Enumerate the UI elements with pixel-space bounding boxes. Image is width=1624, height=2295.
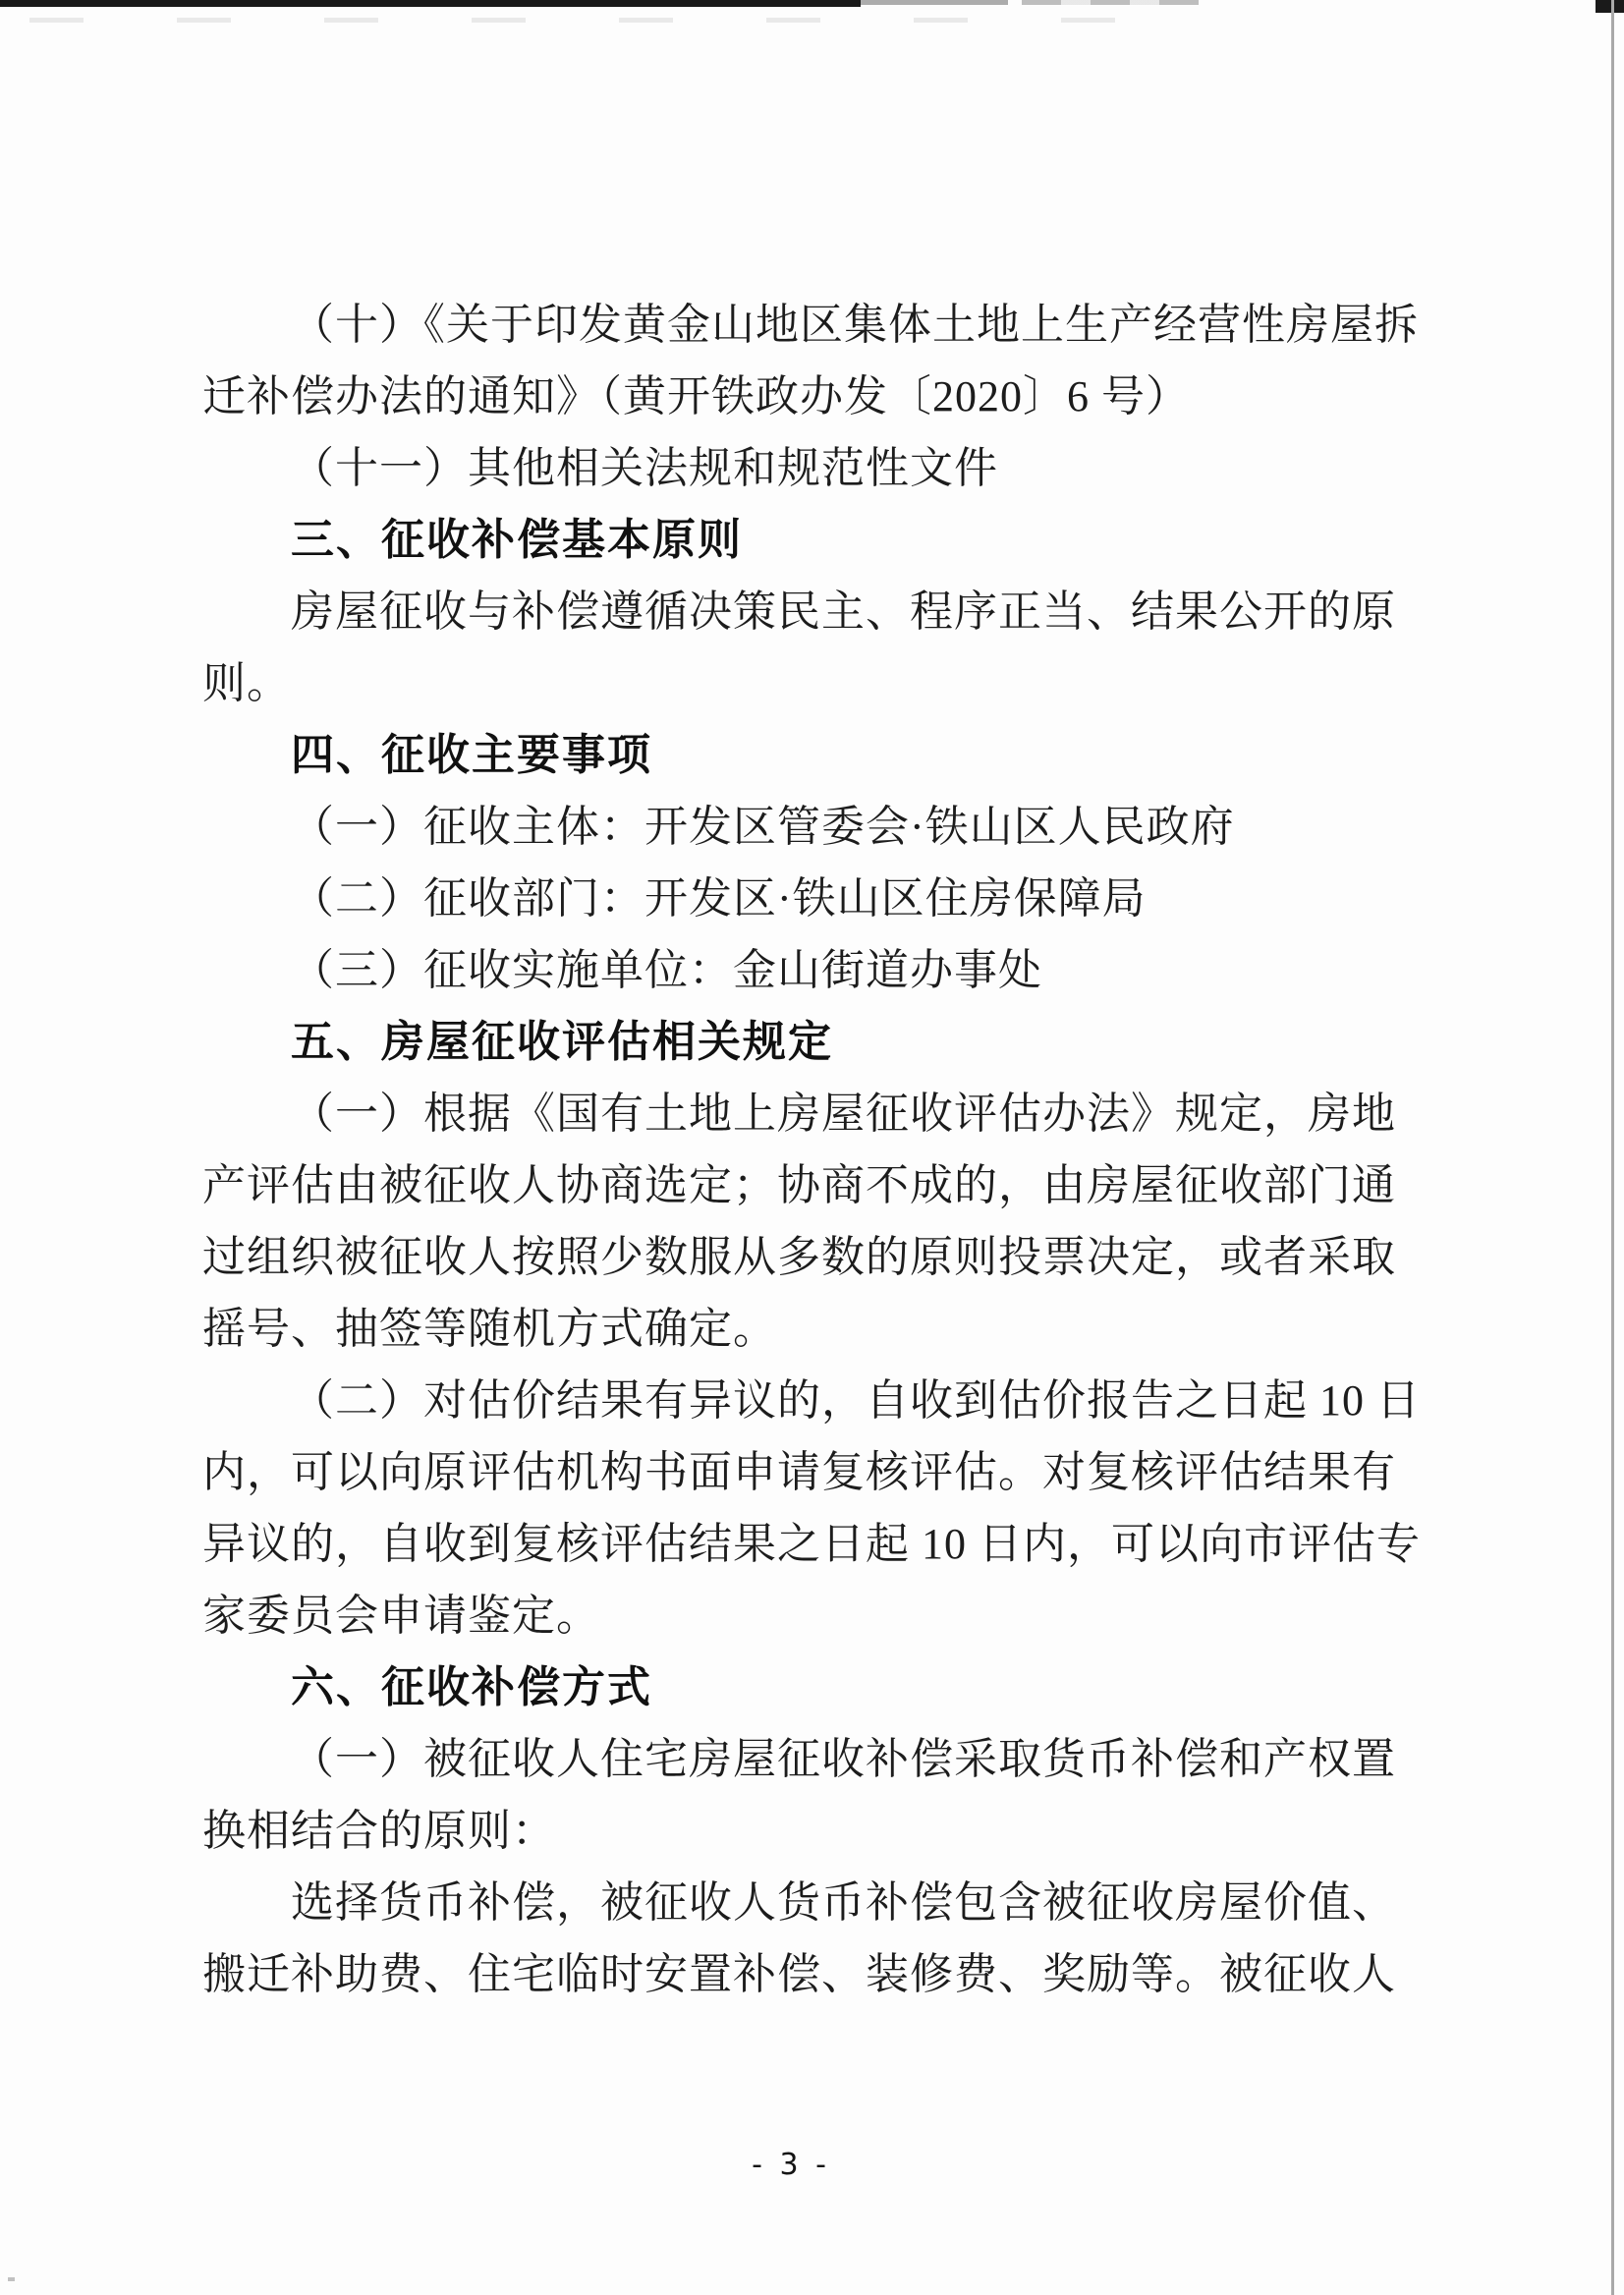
scan-artifact-speck	[8, 2277, 15, 2281]
scan-artifact-ghost-row	[29, 18, 1159, 23]
text-line-15: 摇号、抽签等随机方式确定。	[202, 1293, 1460, 1365]
text-line-5: 房屋征收与补偿遵循决策民主、程序正当、结果公开的原	[202, 576, 1460, 647]
document-body: （十）《关于印发黄金山地区集体土地上生产经营性房屋拆迁补偿办法的通知》（黄开铁政…	[202, 289, 1460, 2010]
text-line-2: 迁补偿办法的通知》（黄开铁政办发〔2020〕6 号）	[202, 361, 1460, 432]
text-line-7: 四、征收主要事项	[202, 719, 1460, 791]
text-line-1: （十）《关于印发黄金山地区集体土地上生产经营性房屋拆	[202, 289, 1460, 361]
text-line-24: 搬迁补助费、住宅临时安置补偿、装修费、奖励等。被征收人	[202, 1938, 1460, 2010]
document-page: （十）《关于印发黄金山地区集体土地上生产经营性房屋拆迁补偿办法的通知》（黄开铁政…	[0, 0, 1624, 2295]
text-line-19: 家委员会申请鉴定。	[202, 1580, 1460, 1651]
text-line-17: 内，可以向原评估机构书面申请复核评估。对复核评估结果有	[202, 1436, 1460, 1508]
scan-artifact-corner-mark	[1596, 0, 1624, 13]
text-line-9: （二）征收部门：开发区·铁山区住房保障局	[202, 863, 1460, 934]
page-number: - 3 -	[0, 2148, 1582, 2182]
text-line-22: 换相结合的原则：	[202, 1795, 1460, 1867]
text-line-13: 产评估由被征收人协商选定；协商不成的，由房屋征收部门通	[202, 1149, 1460, 1221]
text-line-21: （一）被征收人住宅房屋征收补偿采取货币补偿和产权置	[202, 1723, 1460, 1795]
text-line-16: （二）对估价结果有异议的，自收到估价报告之日起 10 日	[202, 1365, 1460, 1436]
scan-artifact-top-strip	[0, 0, 861, 7]
text-line-14: 过组织被征收人按照少数服从多数的原则投票决定，或者采取	[202, 1221, 1460, 1293]
text-line-18: 异议的，自收到复核评估结果之日起 10 日内，可以向市评估专	[202, 1508, 1460, 1580]
text-line-3: （十一）其他相关法规和规范性文件	[202, 432, 1460, 504]
text-line-12: （一）根据《国有土地上房屋征收评估办法》规定，房地	[202, 1078, 1460, 1149]
text-line-23: 选择货币补偿，被征收人货币补偿包含被征收房屋价值、	[202, 1867, 1460, 1938]
text-line-4: 三、征收补偿基本原则	[202, 504, 1460, 576]
scan-artifact-top-strip-3	[1022, 0, 1199, 5]
text-line-20: 六、征收补偿方式	[202, 1651, 1460, 1723]
text-line-10: （三）征收实施单位：金山街道办事处	[202, 934, 1460, 1006]
scan-artifact-right-edge	[1611, 0, 1614, 2295]
text-line-6: 则。	[202, 647, 1460, 719]
scan-artifact-top-strip-2	[861, 0, 1008, 5]
text-line-8: （一）征收主体：开发区管委会·铁山区人民政府	[202, 791, 1460, 863]
text-line-11: 五、房屋征收评估相关规定	[202, 1006, 1460, 1078]
